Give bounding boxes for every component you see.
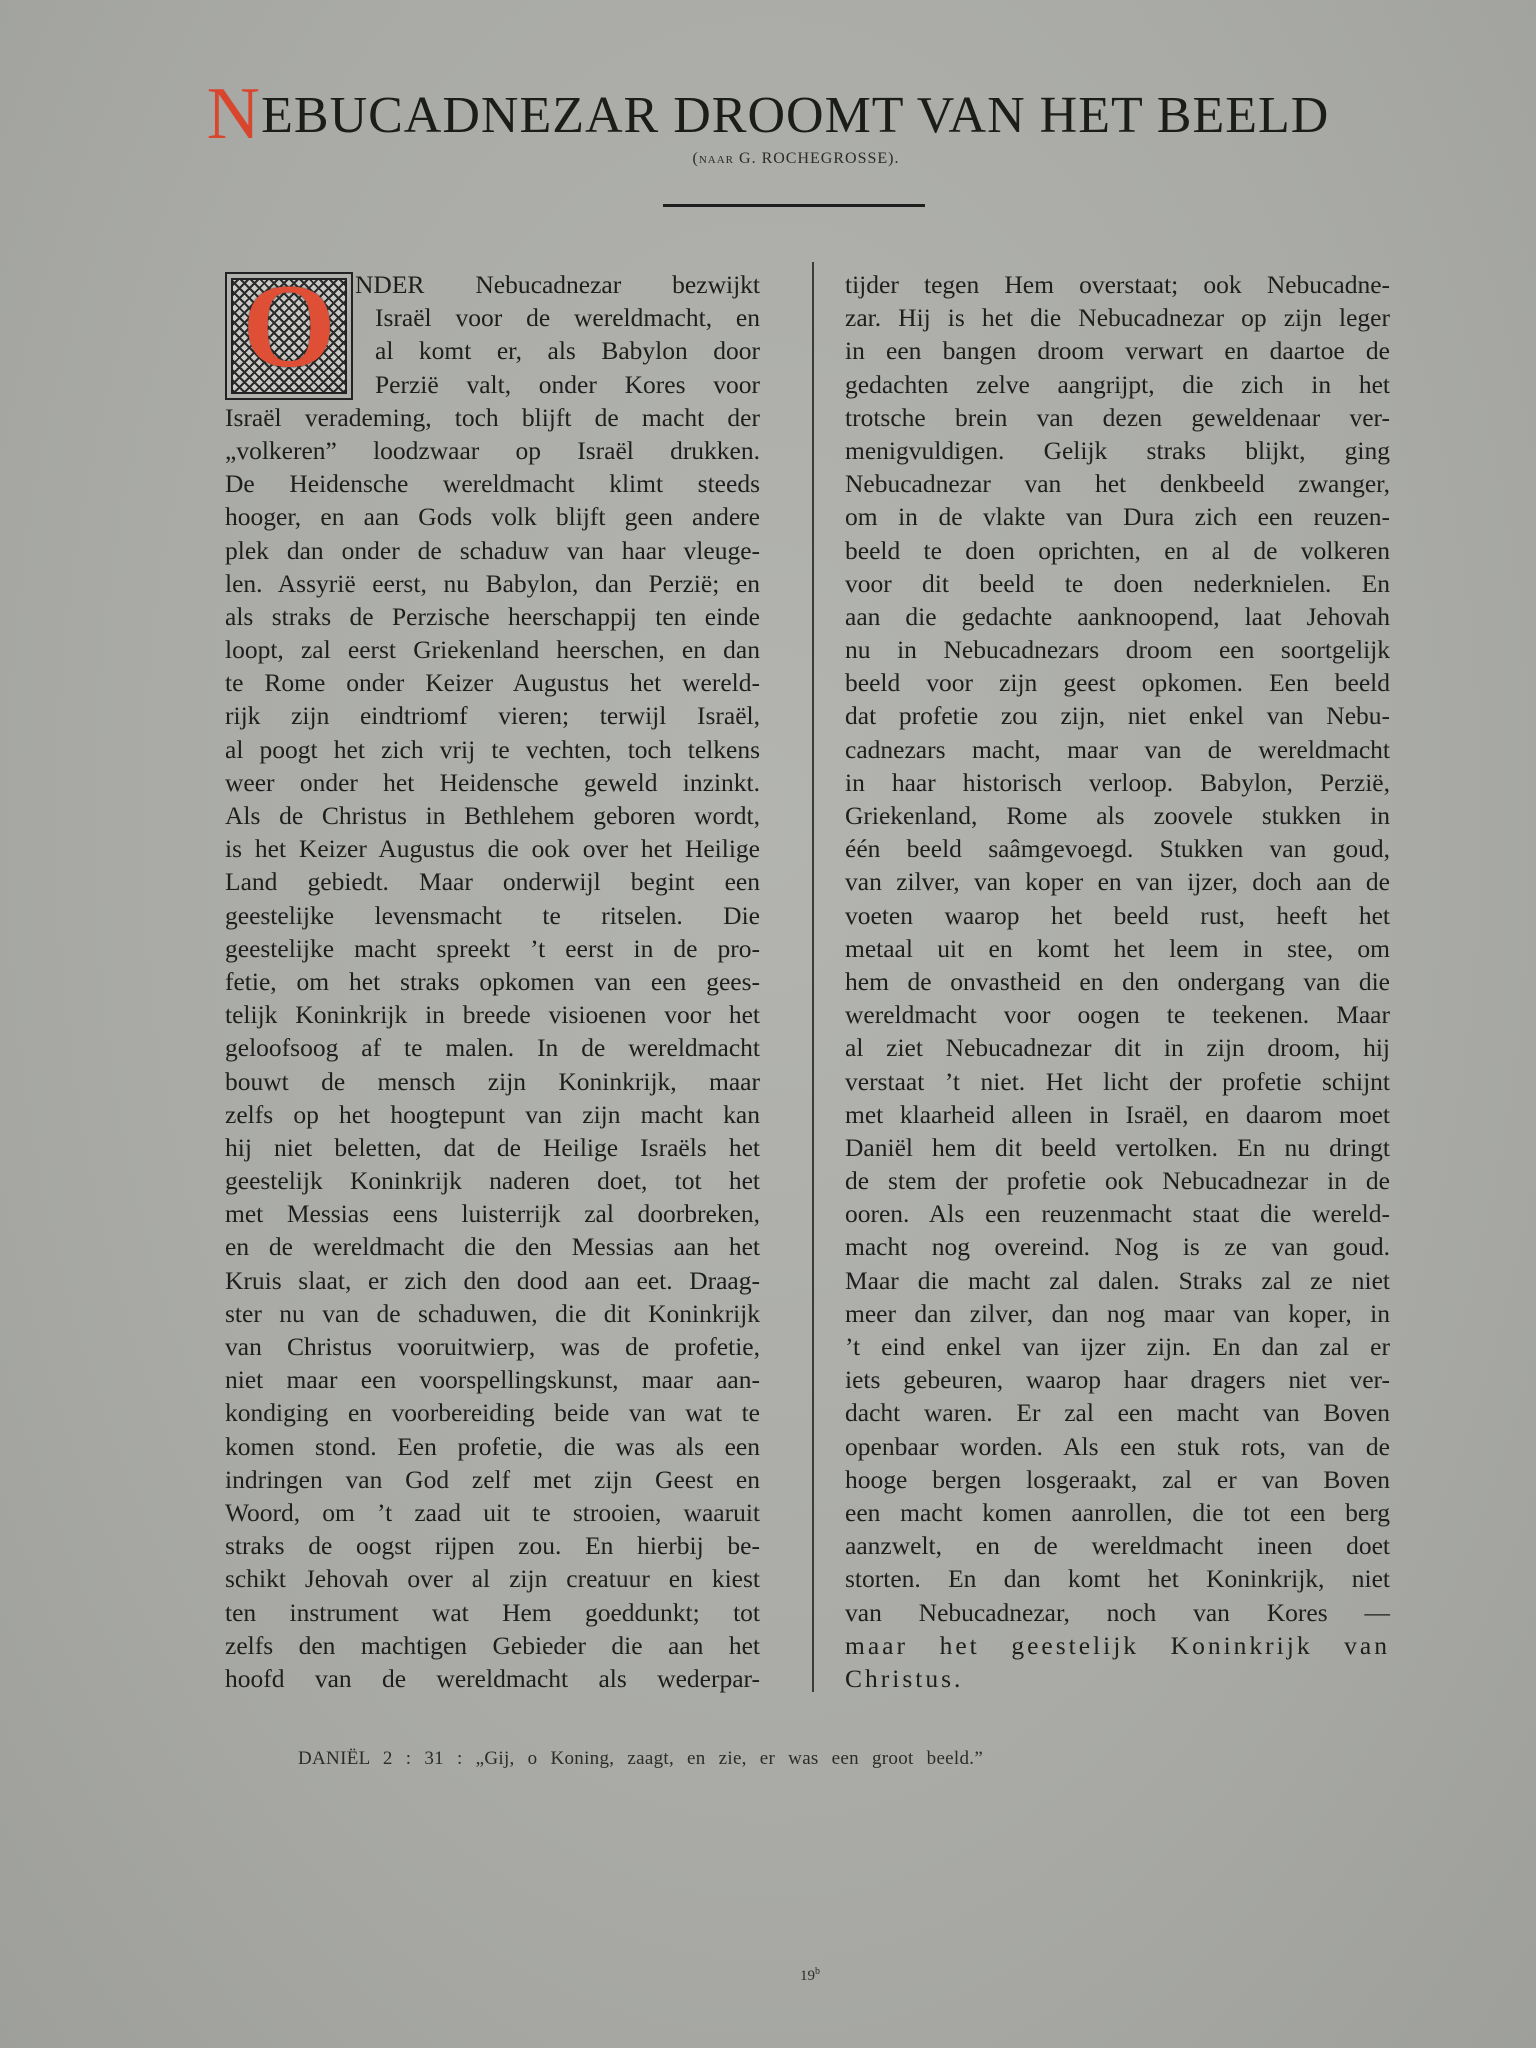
text-line: beeld voor zijn geest opkomen. Een beeld [845, 666, 1390, 699]
text-line: Israël voor de wereldmacht, en [225, 301, 760, 334]
page-number-main: 19 [800, 1968, 815, 1984]
text-line: Perzië valt, onder Kores voor [225, 368, 760, 401]
text-line: ’t eind enkel van ijzer zijn. En dan zal… [845, 1330, 1390, 1363]
page-number-sup: b [815, 1966, 820, 1977]
text-line: Nebucadnezar van het denkbeeld zwanger, [845, 467, 1390, 500]
text-line: de stem der profetie ook Nebucadnezar in… [845, 1164, 1390, 1197]
column-divider [812, 262, 814, 1692]
text-line: iets gebeuren, waarop haar dragers niet … [845, 1363, 1390, 1396]
text-line: straks de oogst rijpen zou. En hierbij b… [225, 1529, 760, 1562]
text-line: van Christus vooruitwierp, was de profet… [225, 1330, 760, 1363]
text-line: Israël verademing, toch blijft de macht … [225, 401, 760, 434]
text-line: is het Keizer Augustus die ook over het … [225, 832, 760, 865]
text-line: plek dan onder de schaduw van haar vleug… [225, 534, 760, 567]
text-line: kondiging en voorbereiding beide van wat… [225, 1396, 760, 1429]
text-line: Christus. [845, 1662, 1390, 1695]
text-line: Kruis slaat, er zich den dood aan eet. D… [225, 1264, 760, 1297]
text-line: Land gebiedt. Maar onderwijl begint een [225, 865, 760, 898]
text-line: „volkeren” loodzwaar op Israël drukken. [225, 434, 760, 467]
text-line: wereldmacht voor oogen te teekenen. Maar [845, 998, 1390, 1031]
text-line: hooge bergen losgeraakt, zal er van Bove… [845, 1463, 1390, 1496]
text-line: zelfs op het hoogtepunt van zijn macht k… [225, 1098, 760, 1131]
text-line: hem de onvastheid en den ondergang van d… [845, 965, 1390, 998]
text-line: gedachten zelve aangrijpt, die zich in h… [845, 368, 1390, 401]
subtitle-naar: NAAR [699, 154, 734, 166]
subtitle-artist: G. ROCHEGROSSE). [734, 150, 899, 167]
text-line: aanzwelt, en de wereldmacht ineen doet [845, 1529, 1390, 1562]
text-line: storten. En dan komt het Koninkrijk, nie… [845, 1562, 1390, 1595]
text-line: geestelijk Koninkrijk naderen doet, tot … [225, 1164, 760, 1197]
text-line: bouwt de mensch zijn Koninkrijk, maar [225, 1065, 760, 1098]
text-line: niet maar een voorspellingskunst, maar a… [225, 1363, 760, 1396]
text-line: metaal uit en komt het leem in stee, om [845, 932, 1390, 965]
text-line: nu in Nebucadnezars droom een soortgelij… [845, 633, 1390, 666]
text-line: verstaat ’t niet. Het licht der profetie… [845, 1065, 1390, 1098]
text-line: weer onder het Heidensche geweld inzinkt… [225, 766, 760, 799]
text-line: om in de vlakte van Dura zich een reuzen… [845, 500, 1390, 533]
text-line: macht nog overeind. Nog is ze van goud. [845, 1230, 1390, 1263]
text-line: Woord, om ’t zaad uit te strooien, waaru… [225, 1496, 760, 1529]
text-line: geestelijke macht spreekt ’t eerst in de… [225, 932, 760, 965]
text-line: openbaar worden. Als een stuk rots, van … [845, 1430, 1390, 1463]
text-line: van Nebucadnezar, noch van Kores — [845, 1596, 1390, 1629]
text-line: al poogt het zich vrij te vechten, toch … [225, 733, 760, 766]
text-line: hoofd van de wereldmacht als wederpar- [225, 1662, 760, 1695]
text-line: telijk Koninkrijk in breede visioenen vo… [225, 998, 760, 1031]
text-line: loopt, zal eerst Griekenland heerschen, … [225, 633, 760, 666]
text-line: één beeld saâmgevoegd. Stukken van goud, [845, 832, 1390, 865]
text-line: al komt er, als Babylon door [225, 334, 760, 367]
text-line: geestelijke levensmacht te ritselen. Die [225, 899, 760, 932]
text-line: Als de Christus in Bethlehem geboren wor… [225, 799, 760, 832]
text-line: ooren. Als een reuzenmacht staat die wer… [845, 1197, 1390, 1230]
title-divider [663, 204, 925, 207]
text-line: NDER Nebucadnezar bezwijkt [225, 268, 760, 301]
text-line: dat profetie zou zijn, niet enkel van Ne… [845, 699, 1390, 732]
text-line: meer dan zilver, dan nog maar van koper,… [845, 1297, 1390, 1330]
text-line: Daniël hem dit beeld vertolken. En nu dr… [845, 1131, 1390, 1164]
text-line: Maar die macht zal dalen. Straks zal ze … [845, 1264, 1390, 1297]
text-line: fetie, om het straks opkomen van een gee… [225, 965, 760, 998]
text-line: aan die gedachte aanknoopend, laat Jehov… [845, 600, 1390, 633]
text-line: dacht waren. Er zal een macht van Boven [845, 1396, 1390, 1429]
text-line: geloofsoog af te malen. In de wereldmach… [225, 1031, 760, 1064]
text-line: ten instrument wat Hem goeddunkt; tot [225, 1596, 760, 1629]
text-line: De Heidensche wereldmacht klimt steeds [225, 467, 760, 500]
text-line: en de wereldmacht die den Messias aan he… [225, 1230, 760, 1263]
text-line: ster nu van de schaduwen, die dit Konink… [225, 1297, 760, 1330]
text-line: met Messias eens luisterrijk zal doorbre… [225, 1197, 760, 1230]
text-line: beeld te doen oprichten, en al de volker… [845, 534, 1390, 567]
text-line: zelfs den machtigen Gebieder die aan het [225, 1629, 760, 1662]
text-line: in haar historisch verloop. Babylon, Per… [845, 766, 1390, 799]
page-number: 19b [800, 1966, 820, 1985]
text-line: voor dit beeld te doen nederknielen. En [845, 567, 1390, 600]
text-line: schikt Jehovah over al zijn creatuur en … [225, 1562, 760, 1595]
text-line: hij niet beletten, dat de Heilige Israël… [225, 1131, 760, 1164]
text-line: rijk zijn eindtriomf vieren; terwijl Isr… [225, 699, 760, 732]
text-line: al ziet Nebucadnezar dit in zijn droom, … [845, 1031, 1390, 1064]
text-line: len. Assyrië eerst, nu Babylon, dan Perz… [225, 567, 760, 600]
text-line: komen stond. Een profetie, die was als e… [225, 1430, 760, 1463]
right-column: tijder tegen Hem overstaat; ook Nebucadn… [845, 268, 1390, 1695]
left-column: NDER Nebucadnezar bezwijkt Israël voor d… [225, 268, 760, 1695]
text-line: als straks de Perzische heerschappij ten… [225, 600, 760, 633]
text-line: zar. Hij is het die Nebucadnezar op zijn… [845, 301, 1390, 334]
text-line: maar het geestelijk Koninkrijk van [845, 1629, 1390, 1662]
text-line: Griekenland, Rome als zoovele stukken in [845, 799, 1390, 832]
text-line: hooger, en aan Gods volk blijft geen and… [225, 500, 760, 533]
text-line: van zilver, van koper en van ijzer, doch… [845, 865, 1390, 898]
text-line: voeten waarop het beeld rust, heeft het [845, 899, 1390, 932]
text-line: een macht komen aanrollen, die tot een b… [845, 1496, 1390, 1529]
text-line: trotsche brein van dezen geweldenaar ver… [845, 401, 1390, 434]
text-line: te Rome onder Keizer Augustus het wereld… [225, 666, 760, 699]
text-line: indringen van God zelf met zijn Geest en [225, 1463, 760, 1496]
text-line: menigvuldigen. Gelijk straks blijkt, gin… [845, 434, 1390, 467]
text-line: in een bangen droom verwart en daartoe d… [845, 334, 1390, 367]
text-line: tijder tegen Hem overstaat; ook Nebucadn… [845, 268, 1390, 301]
text-line: cadnezars macht, maar van de wereldmacht [845, 733, 1390, 766]
subtitle: (NAAR G. ROCHEGROSSE). [28, 150, 1536, 168]
title-text: EBUCADNEZAR DROOMT VAN HET BEELD [261, 87, 1329, 144]
scripture-caption: DANIËL 2 : 31 : „Gij, o Koning, zaagt, e… [298, 1748, 983, 1770]
title-initial: N [207, 73, 261, 155]
text-line: met klaarheid alleen in Israël, en daaro… [845, 1098, 1390, 1131]
page-title: NEBUCADNEZAR DROOMT VAN HET BEELD [0, 72, 1536, 157]
